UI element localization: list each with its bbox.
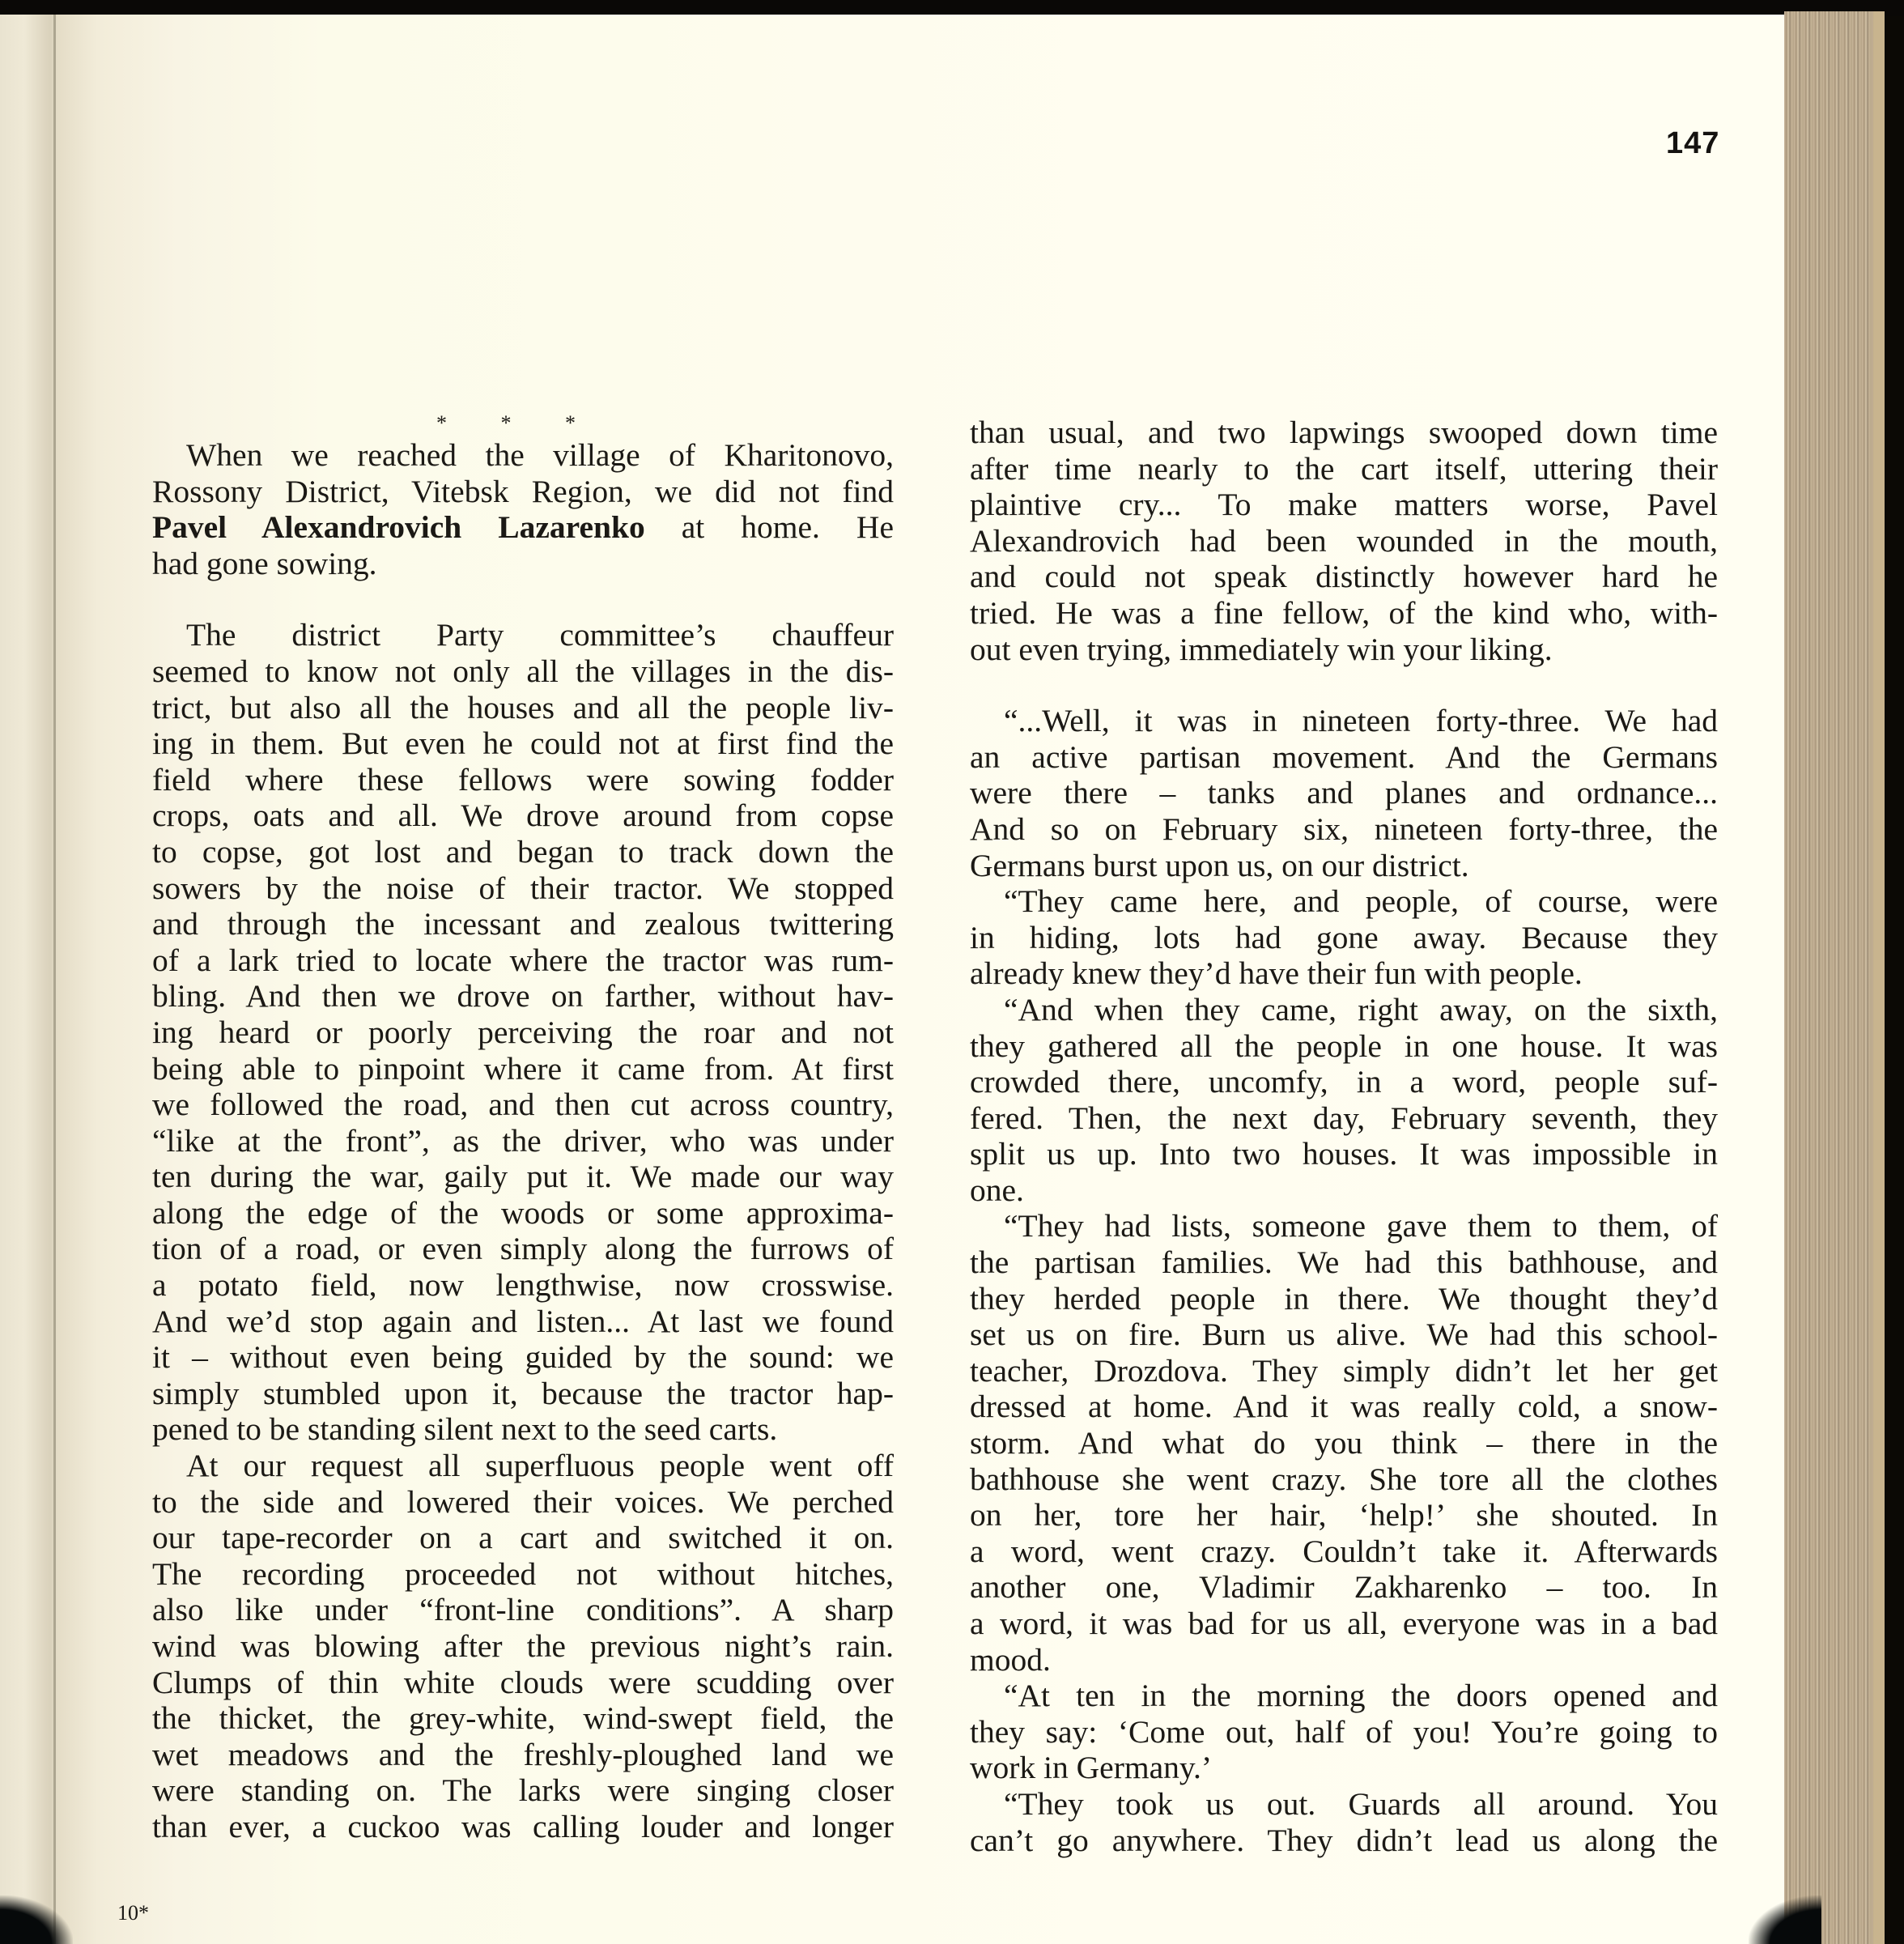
text-line: crops, oats and all. We drove around fro… xyxy=(118,798,894,834)
text-line: they gathered all the people in one hous… xyxy=(936,1028,1718,1065)
paragraph: “They came here, and people, of course, … xyxy=(936,883,1718,992)
text-line: Alexandrovich had been wounded in the mo… xyxy=(936,523,1718,559)
text-line: work in Germany.’ xyxy=(936,1750,1718,1786)
text-line: And we’d stop again and listen... At las… xyxy=(118,1304,894,1340)
printer-signature-mark: 10* xyxy=(117,1901,149,1925)
text-line: our tape-recorder on a cart and switched… xyxy=(118,1520,894,1556)
text-line: the partisan families. We had this bathh… xyxy=(936,1244,1718,1281)
text-line: bling. And then we drove on farther, wit… xyxy=(118,978,894,1015)
text-line: wind was blowing after the previous nigh… xyxy=(118,1628,894,1665)
text-line: can’t go anywhere. They didn’t lead us a… xyxy=(936,1823,1718,1859)
text-line: teacher, Drozdova. They simply didn’t le… xyxy=(936,1353,1718,1389)
text-line: on her, tore her hair, ‘help!’ she shout… xyxy=(936,1497,1718,1534)
paragraph: The district Party committee’s chauffeur… xyxy=(118,617,894,1448)
text-line: crowded there, uncomfy, in a word, peopl… xyxy=(936,1064,1718,1100)
text-line: “At ten in the morning the doors opened … xyxy=(936,1678,1718,1714)
text-line: And so on February six, nineteen forty-t… xyxy=(936,811,1718,848)
text-line: plaintive cry... To make matters worse, … xyxy=(936,487,1718,523)
text-line: “like at the front”, as the driver, who … xyxy=(118,1123,894,1159)
corner-shadow xyxy=(0,1895,73,1944)
text-line: of a lark tried to locate where the trac… xyxy=(118,942,894,979)
text-line: than usual, and two lapwings swooped dow… xyxy=(936,415,1718,451)
text-line: they say: ‘Come out, half of you! You’re… xyxy=(936,1714,1718,1750)
paragraph: than usual, and two lapwings swooped dow… xyxy=(936,415,1718,667)
text-line: Pavel Alexandrovich Lazarenko at home. H… xyxy=(118,509,894,546)
text-line: a word, it was bad for us all, everyone … xyxy=(936,1606,1718,1642)
paragraph: “...Well, it was in nineteen forty-three… xyxy=(936,703,1718,883)
text-line: and through the incessant and zealous tw… xyxy=(118,906,894,942)
text-line: to the side and lowered their voices. We… xyxy=(118,1484,894,1521)
paragraph: “At ten in the morning the doors opened … xyxy=(936,1678,1718,1786)
text-line: had gone sowing. xyxy=(118,546,894,582)
page-gutter xyxy=(53,15,56,1944)
text-line: one. xyxy=(936,1172,1718,1209)
paragraph: When we reached the village of Kharitono… xyxy=(118,437,894,581)
text-line: it – without even being guided by the so… xyxy=(118,1339,894,1376)
text-line: we followed the road, and then cut acros… xyxy=(118,1087,894,1123)
text-line: The district Party committee’s chauffeur xyxy=(118,617,894,653)
text-line: mood. xyxy=(936,1642,1718,1678)
text-line: pened to be standing silent next to the … xyxy=(118,1411,894,1448)
left-paragraphs: When we reached the village of Kharitono… xyxy=(118,437,894,1845)
paragraph: “They had lists, someone gave them to th… xyxy=(936,1208,1718,1678)
text-line: “They had lists, someone gave them to th… xyxy=(936,1208,1718,1244)
text-line: after time nearly to the cart itself, ut… xyxy=(936,451,1718,487)
left-column: * * * When we reached the village of Kha… xyxy=(118,411,894,1845)
text-line: “They took us out. Guards all around. Yo… xyxy=(936,1786,1718,1823)
text-line: sowers by the noise of their tractor. We… xyxy=(118,870,894,907)
text-line: tion of a road, or even simply along the… xyxy=(118,1231,894,1267)
text-line: tried. He was a fine fellow, of the kind… xyxy=(936,595,1718,632)
text-line: Clumps of thin white clouds were scuddin… xyxy=(118,1665,894,1701)
text-line: an active partisan movement. And the Ger… xyxy=(936,739,1718,776)
text-line: already knew they’d have their fun with … xyxy=(936,955,1718,992)
text-line: set us on fire. Burn us alive. We had th… xyxy=(936,1317,1718,1353)
text-line: “...Well, it was in nineteen forty-three… xyxy=(936,703,1718,739)
text-line: Rossony District, Vitebsk Region, we did… xyxy=(118,474,894,510)
text-line: dressed at home. And it was really cold,… xyxy=(936,1389,1718,1425)
text-line: a potato field, now lengthwise, now cros… xyxy=(118,1267,894,1304)
text-line: When we reached the village of Kharitono… xyxy=(118,437,894,474)
text-line: seemed to know not only all the villages… xyxy=(118,653,894,690)
text-line: “And when they came, right away, on the … xyxy=(936,992,1718,1028)
paragraph: At our request all superfluous people we… xyxy=(118,1448,894,1845)
text-line: bathhouse she went crazy. She tore all t… xyxy=(936,1461,1718,1498)
section-break-stars: * * * xyxy=(118,411,894,436)
text-line: being able to pinpoint where it came fro… xyxy=(118,1051,894,1087)
text-line: ing heard or poorly perceiving the roar … xyxy=(118,1015,894,1051)
text-line: another one, Vladimir Zakharenko – too. … xyxy=(936,1569,1718,1606)
text-line: in hiding, lots had gone away. Because t… xyxy=(936,920,1718,956)
corner-shadow xyxy=(1749,1895,1821,1944)
text-line: fered. Then, the next day, February seve… xyxy=(936,1100,1718,1137)
book-binding-top xyxy=(0,0,1904,16)
text-line: out even trying, immediately win your li… xyxy=(936,632,1718,668)
text-line: At our request all superfluous people we… xyxy=(118,1448,894,1484)
text-line: trict, but also all the houses and all t… xyxy=(118,690,894,726)
text-line: Germans burst upon us, on our district. xyxy=(936,848,1718,884)
text-line: ing in them. But even he could not at fi… xyxy=(118,725,894,762)
text-line: ten during the war, gaily put it. We mad… xyxy=(118,1159,894,1195)
text-line: The recording proceeded not without hitc… xyxy=(118,1556,894,1593)
text-line: split us up. Into two houses. It was imp… xyxy=(936,1136,1718,1172)
page-number: 147 xyxy=(1666,126,1719,161)
paragraph: “They took us out. Guards all around. Yo… xyxy=(936,1786,1718,1858)
text-line: simply stumbled upon it, because the tra… xyxy=(118,1376,894,1412)
paragraph: “And when they came, right away, on the … xyxy=(936,992,1718,1209)
text-line: also like under “front-line conditions”.… xyxy=(118,1592,894,1628)
text-line: than ever, a cuckoo was calling louder a… xyxy=(118,1809,894,1845)
interviewee-name: Pavel Alexandrovich Lazarenko xyxy=(152,509,645,545)
text-line: along the edge of the woods or some appr… xyxy=(118,1195,894,1231)
text-line: “They came here, and people, of course, … xyxy=(936,883,1718,920)
text-line: the thicket, the grey-white, wind-swept … xyxy=(118,1700,894,1737)
text-line: wet meadows and the freshly-ploughed lan… xyxy=(118,1737,894,1773)
right-column: than usual, and two lapwings swooped dow… xyxy=(936,415,1718,1858)
text-line: and could not speak distinctly however h… xyxy=(936,559,1718,595)
text-line: were standing on. The larks were singing… xyxy=(118,1772,894,1809)
text-line: they herded people in there. We thought … xyxy=(936,1281,1718,1317)
text-line: storm. And what do you think – there in … xyxy=(936,1425,1718,1461)
text-line: were there – tanks and planes and ordnan… xyxy=(936,775,1718,811)
text-line: field where these fellows were sowing fo… xyxy=(118,762,894,798)
text-line: to copse, got lost and began to track do… xyxy=(118,834,894,870)
text-line: a word, went crazy. Couldn’t take it. Af… xyxy=(936,1534,1718,1570)
right-paragraphs: than usual, and two lapwings swooped dow… xyxy=(936,415,1718,1858)
page-edges xyxy=(1784,11,1873,1944)
